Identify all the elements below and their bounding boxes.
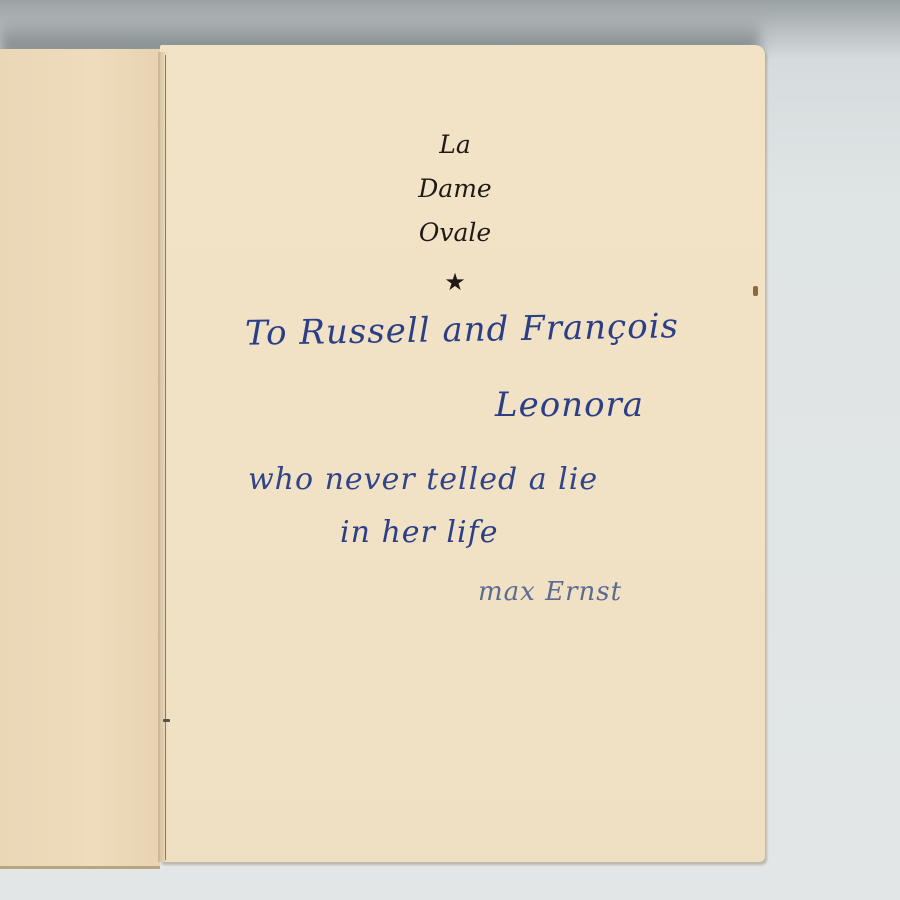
binding-line bbox=[165, 55, 166, 860]
signature-max-ernst: max Ernst bbox=[478, 577, 622, 607]
left-page bbox=[0, 49, 160, 869]
title-line-3: Ovale bbox=[385, 211, 525, 255]
photo-scene: La Dame Ovale ★ To Russell and François … bbox=[0, 0, 900, 900]
inscription-dedication: To Russell and François bbox=[245, 306, 680, 354]
inscription-leonora: Leonora bbox=[495, 385, 644, 425]
book-title: La Dame Ovale bbox=[385, 123, 525, 255]
star-icon: ★ bbox=[440, 268, 470, 296]
page-stain bbox=[753, 286, 758, 296]
book-gutter bbox=[158, 52, 168, 862]
inscription-line-3: who never telled a lie bbox=[248, 462, 598, 497]
title-line-1: La bbox=[385, 123, 525, 167]
staple bbox=[163, 719, 170, 722]
title-line-2: Dame bbox=[385, 167, 525, 211]
inscription-line-4: in her life bbox=[340, 515, 498, 550]
